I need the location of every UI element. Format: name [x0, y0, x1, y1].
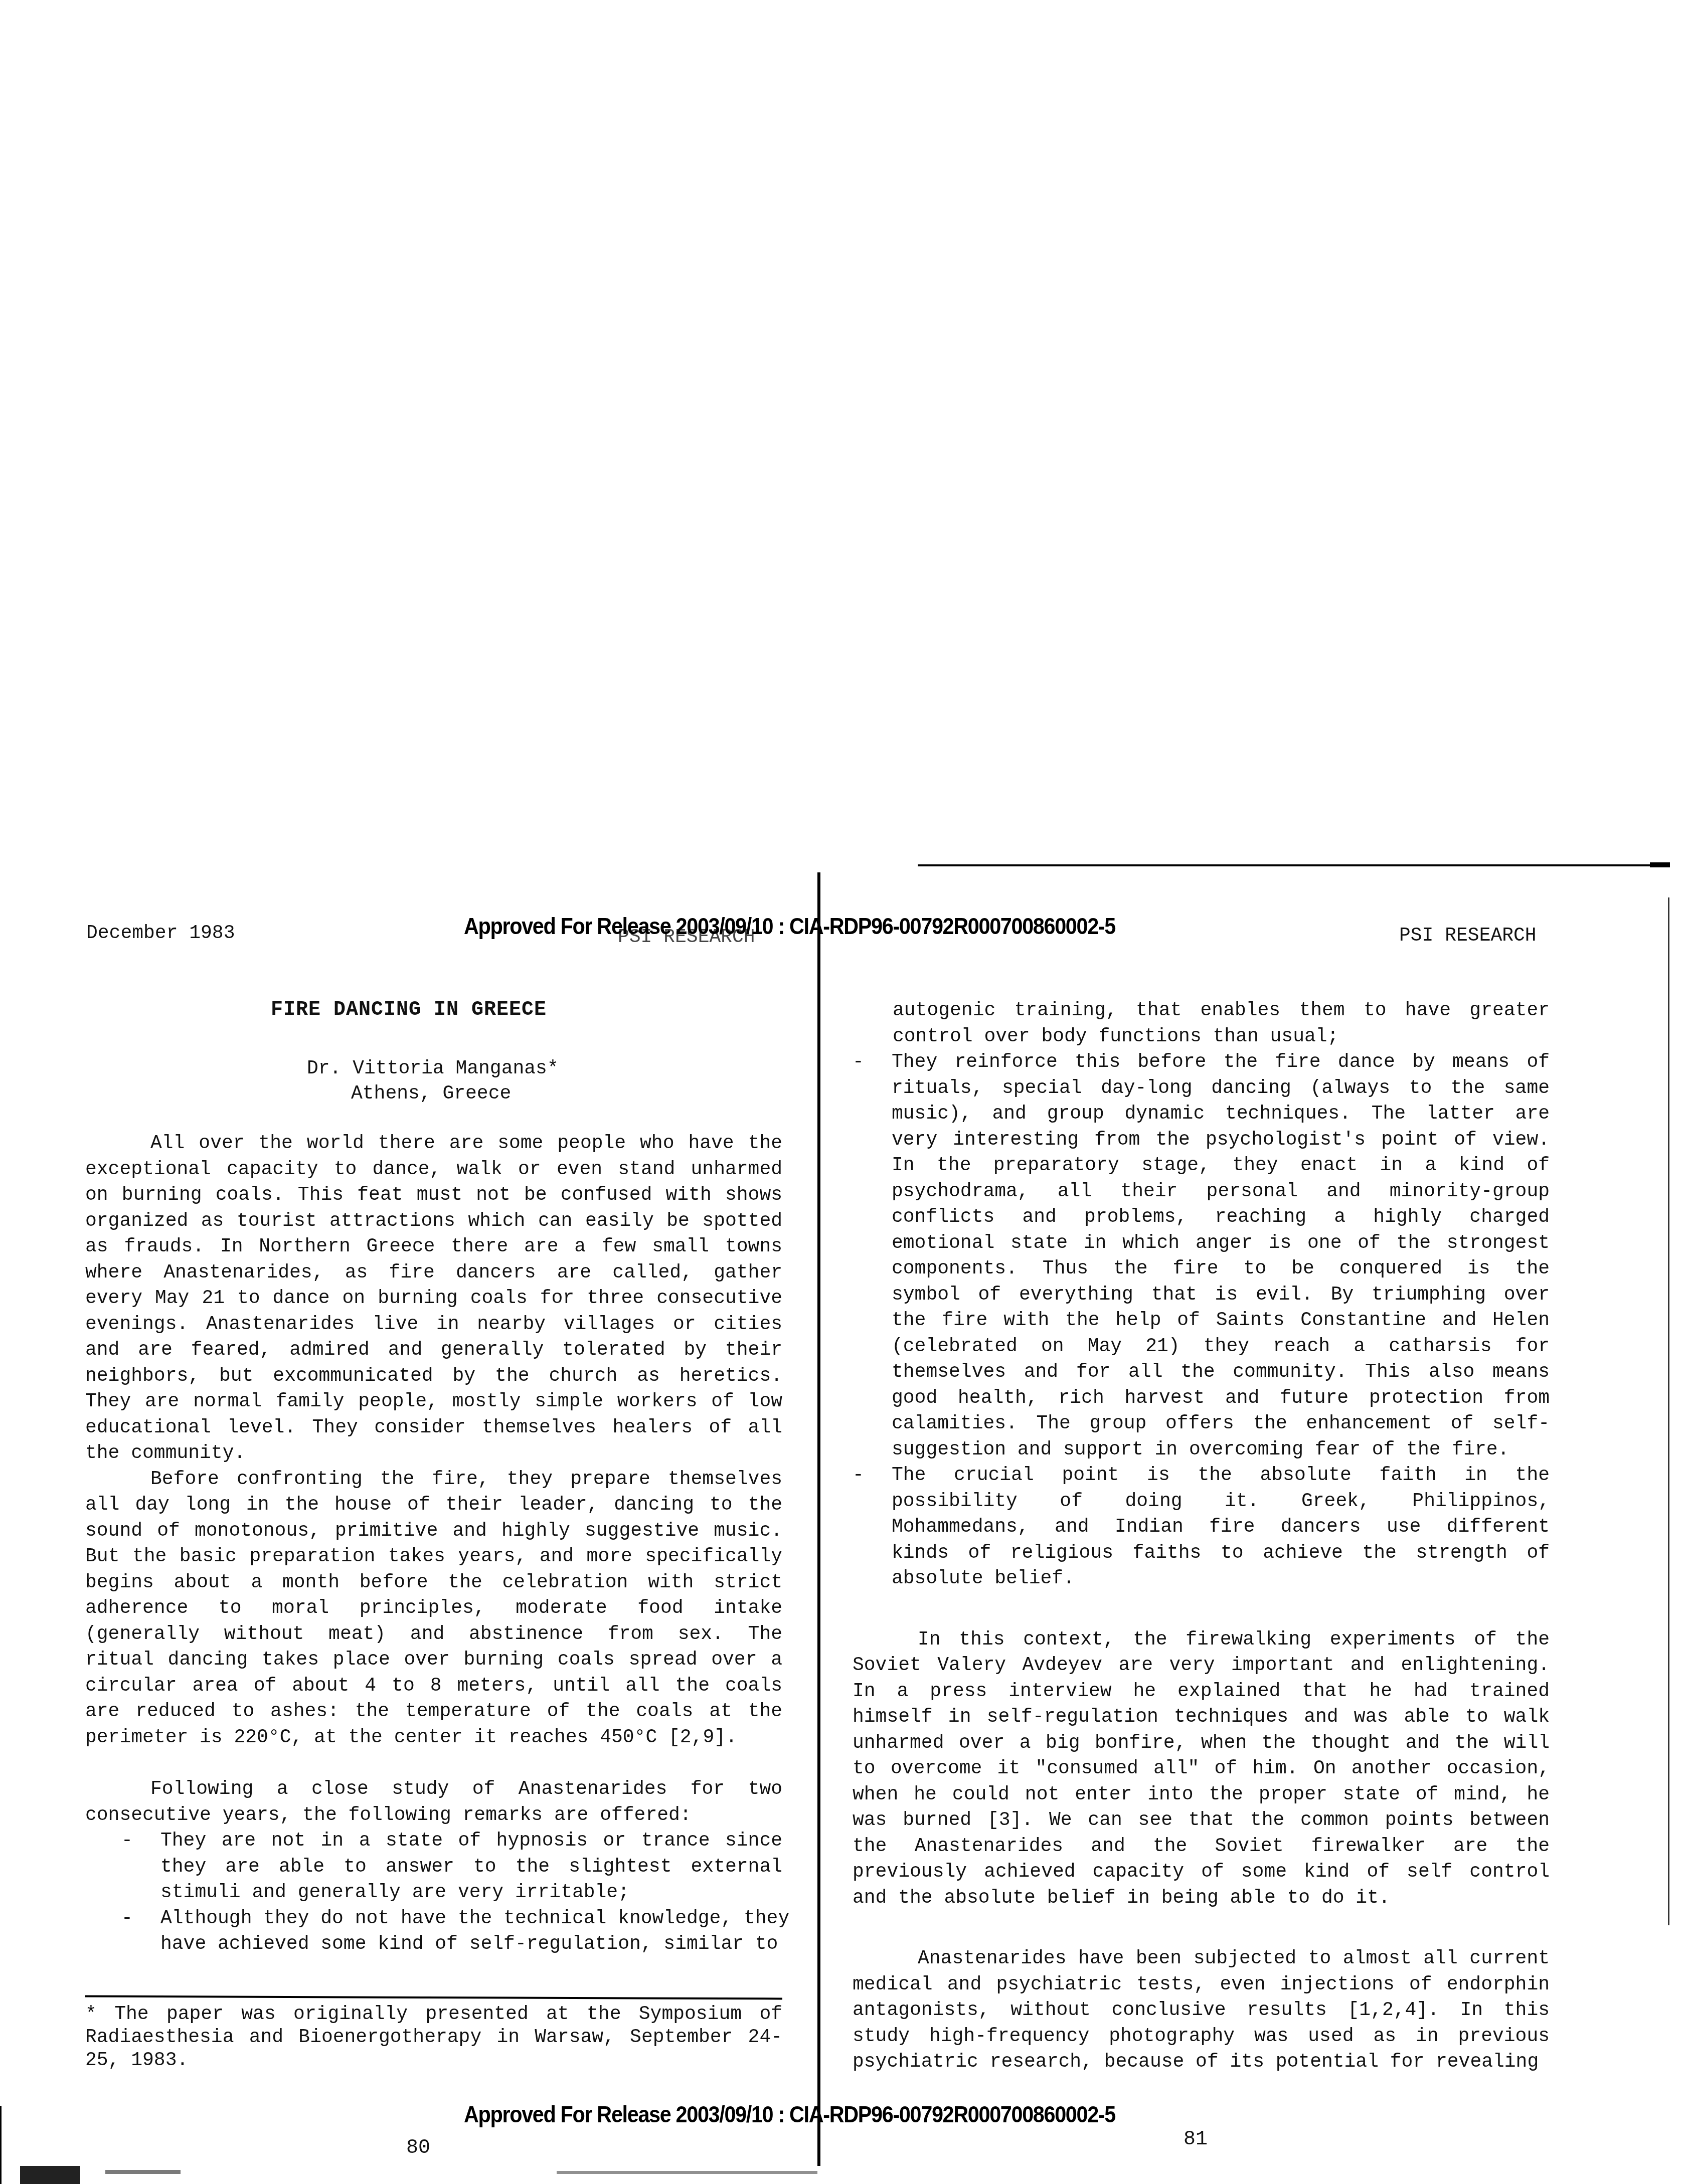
- left-bullet-list: -They are not in a state of hypnosis or …: [121, 1828, 782, 1957]
- text-line: conflicts and problems, reaching a highl…: [892, 1204, 1550, 1230]
- bullet-dash-icon: -: [853, 1463, 864, 1489]
- text-line: adherence to moral principles, moderate …: [85, 1595, 782, 1621]
- release-stamp-top: Approved For Release 2003/09/10 : CIA-RD…: [464, 913, 1115, 940]
- text-line: himself in self-regulation techniques an…: [853, 1704, 1550, 1730]
- text-line: medical and psychiatric tests, even inje…: [853, 1972, 1550, 1998]
- text-line: evenings. Anastenarides live in nearby v…: [85, 1312, 782, 1338]
- text-line: the fire with the help of Saints Constan…: [892, 1308, 1550, 1334]
- text-line: circular area of about 4 to 8 meters, un…: [85, 1673, 782, 1699]
- text-line: Although they do not have the technical …: [160, 1906, 782, 1932]
- text-line: All over the world there are some people…: [85, 1131, 782, 1157]
- text-line: organized as tourist attractions which c…: [85, 1208, 782, 1234]
- text-line: where Anastenarides, as fire dancers are…: [85, 1260, 782, 1286]
- right-page-edge: [1668, 897, 1669, 1925]
- text-line: psychodrama, all their personal and mino…: [892, 1179, 1550, 1205]
- text-line: They are not in a state of hypnosis or t…: [160, 1828, 782, 1854]
- text-line: exceptional capacity to dance, walk or e…: [85, 1157, 782, 1183]
- text-line: all day long in the house of their leade…: [85, 1492, 782, 1518]
- text-line: stimuli and generally are very irritable…: [160, 1880, 782, 1906]
- right-page-top-rule-corner: [1650, 862, 1670, 867]
- left-paragraph-3: Following a close study of Anastenarides…: [85, 1776, 782, 1828]
- text-line: sound of monotonous, primitive and highl…: [85, 1518, 782, 1544]
- left-paragraph-1: All over the world there are some people…: [85, 1131, 782, 1467]
- text-line: But the basic preparation takes years, a…: [85, 1544, 782, 1570]
- release-stamp-bottom: Approved For Release 2003/09/10 : CIA-RD…: [464, 2101, 1115, 2128]
- bullet-dash-icon: -: [121, 1828, 133, 1854]
- text-line: autogenic training, that enables them to…: [893, 998, 1550, 1024]
- text-line: study high-frequency photography was use…: [853, 2024, 1550, 2050]
- text-line: as frauds. In Northern Greece there are …: [85, 1234, 782, 1260]
- text-line: Mohammedans, and Indian fire dancers use…: [892, 1514, 1550, 1540]
- text-line: antagonists, without conclusive results …: [853, 1997, 1550, 2024]
- text-line: possibility of doing it. Greek, Philippi…: [892, 1489, 1550, 1515]
- right-page-top-rule: [918, 864, 1670, 866]
- text-line: very interesting from the psychologist's…: [892, 1127, 1550, 1153]
- text-line: control over body functions than usual;: [893, 1024, 1550, 1050]
- text-line: Radiaesthesia and Bioenergotherapy in Wa…: [85, 2026, 782, 2049]
- left-page-edge: [0, 2106, 2, 2184]
- bullet-item: -Although they do not have the technical…: [121, 1906, 782, 1957]
- text-line: and are feared, admired and generally to…: [85, 1337, 782, 1363]
- bullet-item: -The crucial point is the absolute faith…: [853, 1463, 1550, 1592]
- text-line: * The paper was originally presented at …: [85, 2003, 782, 2026]
- scan-artifact: [105, 2170, 181, 2174]
- text-line: In a press interview he explained that h…: [853, 1679, 1550, 1705]
- text-line: Soviet Valery Avdeyev are very important…: [853, 1653, 1550, 1679]
- text-line: Before confronting the fire, they prepar…: [85, 1467, 782, 1493]
- bullet-item: -They are not in a state of hypnosis or …: [121, 1828, 782, 1906]
- text-line: the Anastenarides and the Soviet firewal…: [853, 1834, 1550, 1860]
- text-line: educational level. They consider themsel…: [85, 1415, 782, 1441]
- text-line: Anastenarides have been subjected to alm…: [853, 1946, 1550, 1972]
- text-line: calamities. The group offers the enhance…: [892, 1411, 1550, 1437]
- right-bullet-continuation: autogenic training, that enables them to…: [853, 998, 1550, 1049]
- text-line: 25, 1983.: [85, 2049, 782, 2072]
- text-line: Following a close study of Anastenarides…: [85, 1776, 782, 1802]
- text-line: ritual dancing takes place over burning …: [85, 1647, 782, 1673]
- scan-artifact: [557, 2171, 817, 2174]
- text-line: are reduced to ashes: the temperature of…: [85, 1699, 782, 1725]
- text-line: to overcome it "consumed all" of him. On…: [853, 1756, 1550, 1782]
- text-line: (celebrated on May 21) they reach a cath…: [892, 1334, 1550, 1360]
- bullet-item: -They reinforce this before the fire dan…: [853, 1049, 1550, 1463]
- text-line: (generally without meat) and abstinence …: [85, 1621, 782, 1648]
- left-column: All over the world there are some people…: [85, 1131, 782, 1957]
- center-gutter-rule: [817, 872, 820, 2166]
- text-line: absolute belief.: [892, 1566, 1550, 1592]
- right-paragraph-1: In this context, the firewalking experim…: [853, 1627, 1550, 1911]
- footnote-rule: [85, 1995, 782, 2000]
- text-line: on burning coals. This feat must not be …: [85, 1182, 782, 1208]
- text-line: themselves and for all the community. Th…: [892, 1359, 1550, 1385]
- text-line: rituals, special day-long dancing (alway…: [892, 1075, 1550, 1102]
- text-line: previously achieved capacity of some kin…: [853, 1859, 1550, 1885]
- text-line: emotional state in which anger is one of…: [892, 1230, 1550, 1256]
- text-line: and the absolute belief in being able to…: [853, 1885, 1550, 1911]
- paragraph-gap: [853, 1911, 1550, 1946]
- text-line: they are able to answer to the slightest…: [160, 1854, 782, 1880]
- text-line: good health, rich harvest and future pro…: [892, 1385, 1550, 1411]
- right-paragraph-2: Anastenarides have been subjected to alm…: [853, 1946, 1550, 2075]
- text-line: In this context, the firewalking experim…: [853, 1627, 1550, 1653]
- text-line: unharmed over a big bonfire, when the th…: [853, 1730, 1550, 1756]
- bullet-dash-icon: -: [853, 1049, 864, 1075]
- text-line: symbol of everything that is evil. By tr…: [892, 1282, 1550, 1308]
- right-column: autogenic training, that enables them to…: [853, 998, 1550, 2075]
- text-line: was burned [3]. We can see that the comm…: [853, 1807, 1550, 1834]
- article-title: FIRE DANCING IN GREECE: [271, 999, 547, 1021]
- article-author: Dr. Vittoria Manganas*: [307, 1058, 559, 1079]
- text-line: In the preparatory stage, they enact in …: [892, 1153, 1550, 1179]
- article-affiliation: Athens, Greece: [351, 1083, 511, 1105]
- header-date: December 1983: [86, 923, 235, 944]
- bullet-dash-icon: -: [121, 1906, 133, 1932]
- text-line: consecutive years, the following remarks…: [85, 1802, 782, 1829]
- right-bullet-list: -They reinforce this before the fire dan…: [853, 1049, 1550, 1592]
- left-page-number: 80: [406, 2137, 430, 2159]
- text-line: when he could not enter into the proper …: [853, 1782, 1550, 1808]
- text-line: perimeter is 220°C, at the center it rea…: [85, 1725, 782, 1751]
- scan-artifact: [20, 2166, 80, 2184]
- text-line: the community.: [85, 1440, 782, 1467]
- text-line: They reinforce this before the fire danc…: [892, 1049, 1550, 1075]
- text-line: every May 21 to dance on burning coals f…: [85, 1286, 782, 1312]
- footnote: * The paper was originally presented at …: [85, 2003, 782, 2072]
- scanned-document-spread: December 1983 PSI RESEARCH PSI RESEARCH …: [0, 0, 1688, 2184]
- text-line: components. Thus the fire to be conquere…: [892, 1256, 1550, 1282]
- text-line: kinds of religious faiths to achieve the…: [892, 1540, 1550, 1566]
- right-page-number: 81: [1184, 2128, 1208, 2151]
- left-paragraph-2: Before confronting the fire, they prepar…: [85, 1467, 782, 1751]
- right-running-head: PSI RESEARCH: [1399, 925, 1537, 947]
- text-line: The crucial point is the absolute faith …: [892, 1463, 1550, 1489]
- paragraph-gap: [85, 1750, 782, 1776]
- text-line: psychiatric research, because of its pot…: [853, 2049, 1550, 2075]
- text-line: suggestion and support in overcoming fea…: [892, 1437, 1550, 1463]
- text-line: They are normal family people, mostly si…: [85, 1389, 782, 1415]
- paragraph-gap: [853, 1592, 1550, 1627]
- text-line: begins about a month before the celebrat…: [85, 1570, 782, 1596]
- text-line: neighbors, but excommunicated by the chu…: [85, 1363, 782, 1389]
- text-line: music), and group dynamic techniques. Th…: [892, 1101, 1550, 1127]
- text-line: have achieved some kind of self-regulati…: [160, 1931, 782, 1957]
